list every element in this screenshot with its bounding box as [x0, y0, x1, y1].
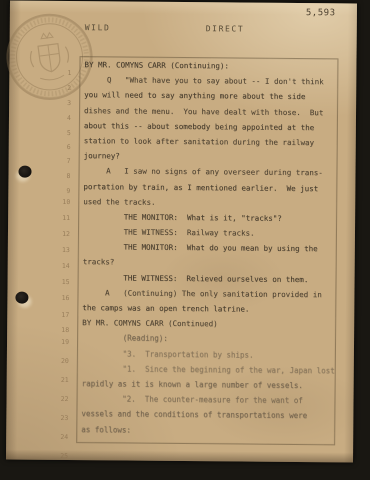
transcript-line: used the tracks. [83, 194, 335, 211]
line-number: 1 [55, 69, 71, 77]
line-number: 3 [55, 99, 71, 107]
transcript-line: dishes and the menu. You have dealt with… [84, 103, 336, 120]
line-number: 8 [54, 172, 70, 180]
line-number: 25 [52, 452, 68, 460]
line-number: 2 [55, 84, 71, 92]
line-number: 23 [52, 414, 68, 422]
line-number: 10 [54, 198, 70, 206]
transcript-text: BY MR. COMYNS CARR (Continuing): Q "What… [81, 57, 336, 439]
line-number: 19 [53, 338, 69, 346]
header-examination-type: DIRECT [206, 24, 245, 33]
line-number: 4 [55, 114, 71, 122]
line-number: 22 [52, 395, 68, 403]
hole-punch [15, 292, 28, 304]
transcript-line: tracks? [83, 255, 335, 272]
line-number: 9 [54, 187, 70, 195]
transcript-line: A (Continuing) The only sanitation provi… [82, 285, 334, 302]
transcript-line: A I saw no signs of any overseer during … [83, 163, 335, 180]
line-number: 16 [53, 294, 69, 302]
line-number: 6 [55, 143, 71, 151]
transcript-line: station to look after sanitation during … [84, 133, 336, 150]
line-number: 13 [54, 246, 70, 254]
line-number: 21 [53, 376, 69, 384]
hole-punch [18, 166, 31, 178]
transcript-line: THE WITNESS: Railway tracks. [83, 224, 335, 241]
line-number: 7 [55, 157, 71, 165]
line-number: 15 [54, 278, 70, 286]
page-number: 5,593 [306, 8, 336, 18]
line-number: 5 [55, 129, 71, 137]
line-number: 17 [53, 311, 69, 319]
header-witness-name: WILD [85, 23, 111, 32]
line-number: 18 [53, 326, 69, 334]
transcript-line: Q "What have you to say about -- I don't… [84, 72, 336, 89]
line-number: 12 [54, 230, 70, 238]
scanned-page: 5,593 WILD DIRECT 1 2 3 4 5 6 7 8 9 10 1… [6, 0, 357, 462]
line-number: 24 [52, 433, 68, 441]
transcript-line: as follows: [81, 422, 333, 439]
line-number: 11 [54, 214, 70, 222]
line-number: 14 [54, 262, 70, 270]
line-number: 20 [53, 357, 69, 365]
